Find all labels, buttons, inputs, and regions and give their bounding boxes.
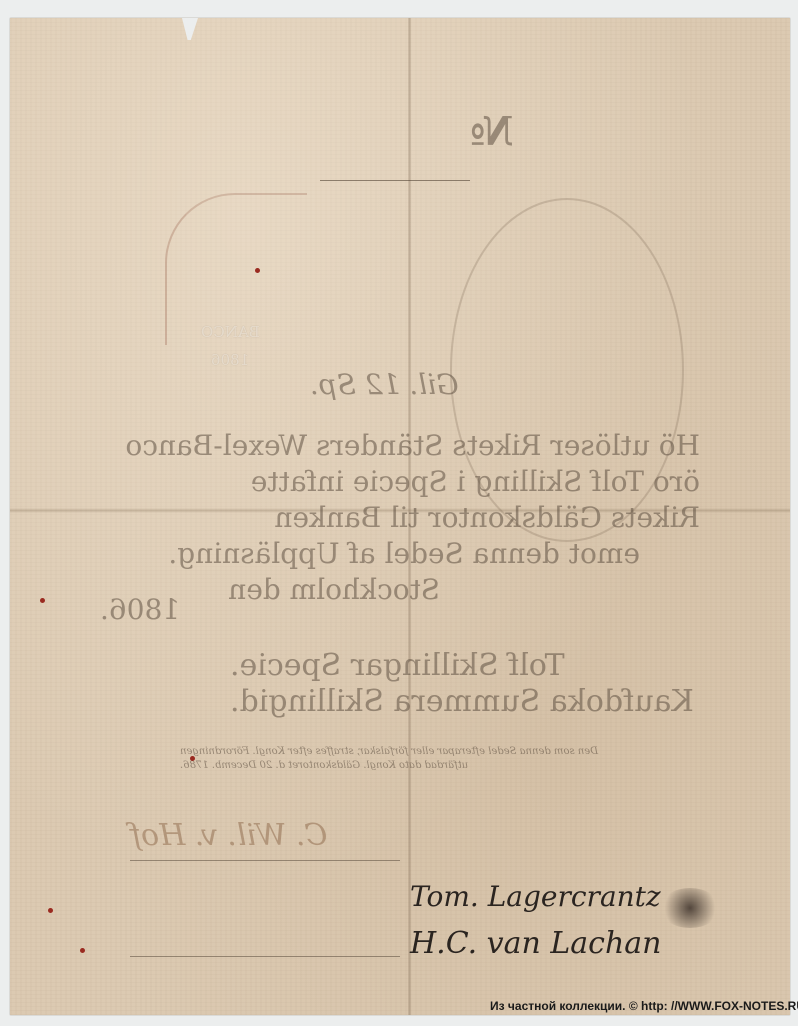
fine-print: Den som denna Sedel efterapar eller förf…	[180, 745, 720, 773]
body-line: öro Tolf Skilling i Specie infatte	[110, 464, 700, 500]
note-body-text: Hö utlöser Rikets Ständers Wexel-Banco ö…	[110, 428, 700, 608]
fine-print-line: Den som denna Sedel efterapar eller förf…	[180, 745, 720, 759]
number-sign: №	[470, 108, 513, 155]
torn-notch	[182, 18, 198, 40]
amount-text: Tolf Skillingar Specie. Kaufdoka Summera…	[230, 648, 710, 720]
value-heading: Gil. 12 Sp.	[310, 368, 459, 401]
watermark: BANCO 1806	[130, 318, 330, 374]
signature-1: Tom. Lagercrantz	[410, 880, 661, 913]
red-spot	[80, 948, 85, 953]
body-line: emot denna Sedel af Uppläsning.	[110, 536, 700, 572]
signature-2: H.C. van Lachan	[410, 926, 661, 961]
fine-print-line: utfärdad dato Kongl. Gäldskontoret d. 20…	[180, 759, 720, 773]
body-line: Rikets Gäldskontor til Banken	[110, 500, 700, 536]
body-line: Stockholm den	[110, 572, 700, 608]
watermark-line: 1806	[130, 346, 330, 374]
amount-line: Tolf Skillingar Specie.	[230, 648, 710, 684]
watermark-line: BANCO	[130, 318, 330, 346]
body-line: Hö utlöser Rikets Ständers Wexel-Banco	[110, 428, 700, 464]
issue-year: 1806.	[100, 593, 180, 626]
red-spot	[48, 908, 53, 913]
red-spot	[40, 598, 45, 603]
serial-number-line	[320, 180, 470, 181]
banknote-paper: № BANCO 1806 Gil. 12 Sp. Hö utlöser Rike…	[10, 18, 790, 1015]
signature-line-top	[130, 860, 400, 861]
ink-blot	[660, 888, 720, 928]
faded-signature: C. Wil. v. Hof	[130, 818, 327, 853]
serial-number-label: №	[470, 108, 513, 155]
red-spot	[190, 756, 195, 761]
amount-line: Kaufdoka Summera Skillingid.	[230, 684, 710, 720]
collection-credit: Из частной коллекции. © http: //WWW.FOX-…	[490, 999, 798, 1013]
red-spot	[255, 268, 260, 273]
signature-line-bottom	[130, 956, 400, 957]
